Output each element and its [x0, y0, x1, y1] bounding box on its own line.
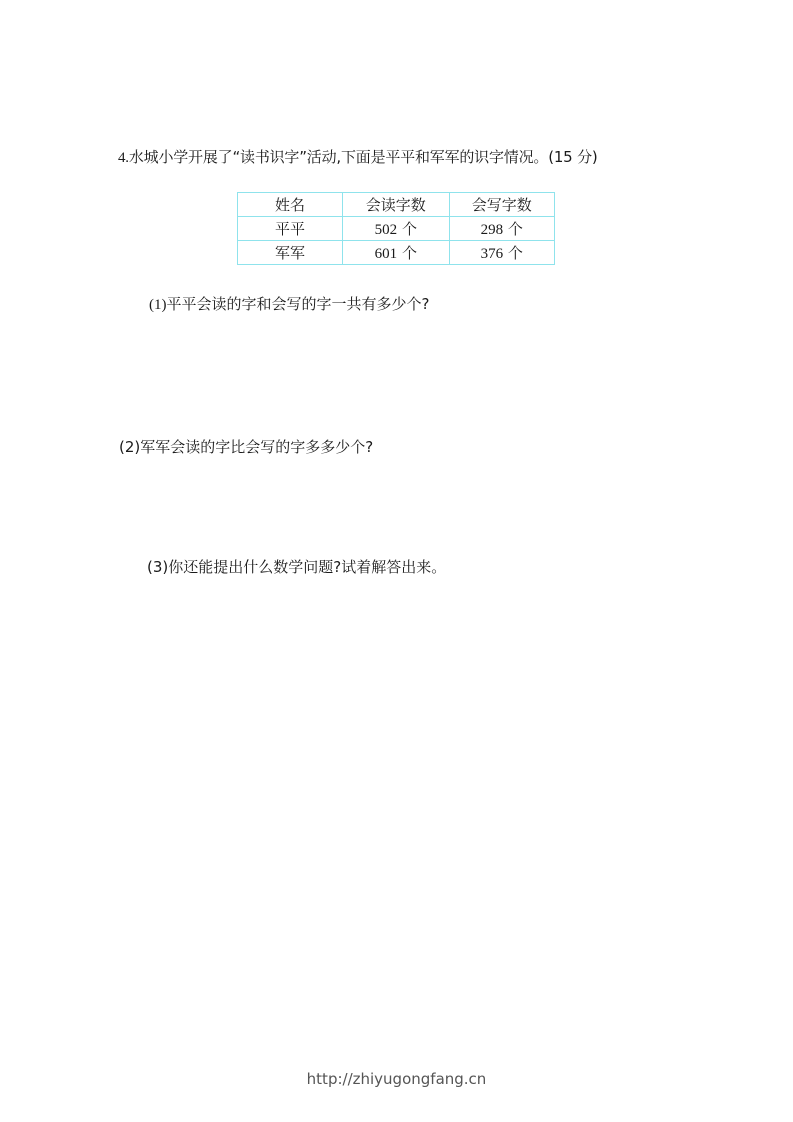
footer-url: http://zhiyugongfang.cn [0, 1070, 793, 1088]
sub-question-label: (3) [147, 558, 168, 576]
read-value: 601 [375, 246, 398, 262]
literacy-table: 姓名 会读字数 会写字数 平平 502 个 298 个 军军 601 个 376… [237, 192, 555, 265]
question-title: 4.水城小学开展了“读书识字”活动,下面是平平和军军的识字情况。(15 分) [118, 147, 598, 168]
question-text: 水城小学开展了“读书识字”活动,下面是平平和军军的识字情况。 [129, 148, 548, 166]
cell-name: 军军 [238, 241, 343, 265]
sub-question-text: 军军会读的字比会写的字多多少个? [140, 438, 373, 456]
sub-question-label: (1) [149, 297, 167, 313]
read-value: 502 [375, 222, 398, 238]
cell-name: 平平 [238, 217, 343, 241]
sub-question-2: (2)军军会读的字比会写的字多多少个? [119, 437, 373, 457]
write-unit: 个 [508, 220, 523, 238]
write-value: 298 [481, 222, 504, 238]
header-write-count: 会写字数 [449, 193, 554, 217]
cell-read: 601 个 [343, 241, 449, 265]
cell-read: 502 个 [343, 217, 449, 241]
table-header-row: 姓名 会读字数 会写字数 [238, 193, 555, 217]
table-row: 军军 601 个 376 个 [238, 241, 555, 265]
question-number: 4. [118, 150, 129, 166]
header-read-count: 会读字数 [343, 193, 449, 217]
write-value: 376 [481, 246, 504, 262]
cell-write: 298 个 [449, 217, 554, 241]
sub-question-label: (2) [119, 438, 140, 456]
sub-question-text: 平平会读的字和会写的字一共有多少个? [167, 295, 430, 313]
write-unit: 个 [508, 244, 523, 262]
sub-question-1: (1)平平会读的字和会写的字一共有多少个? [149, 294, 429, 315]
sub-question-text: 你还能提出什么数学问题?试着解答出来。 [168, 558, 446, 576]
sub-question-3: (3)你还能提出什么数学问题?试着解答出来。 [147, 557, 446, 577]
read-unit: 个 [402, 244, 417, 262]
table-row: 平平 502 个 298 个 [238, 217, 555, 241]
read-unit: 个 [402, 220, 417, 238]
cell-write: 376 个 [449, 241, 554, 265]
question-points: (15 分) [548, 148, 597, 166]
header-name: 姓名 [238, 193, 343, 217]
